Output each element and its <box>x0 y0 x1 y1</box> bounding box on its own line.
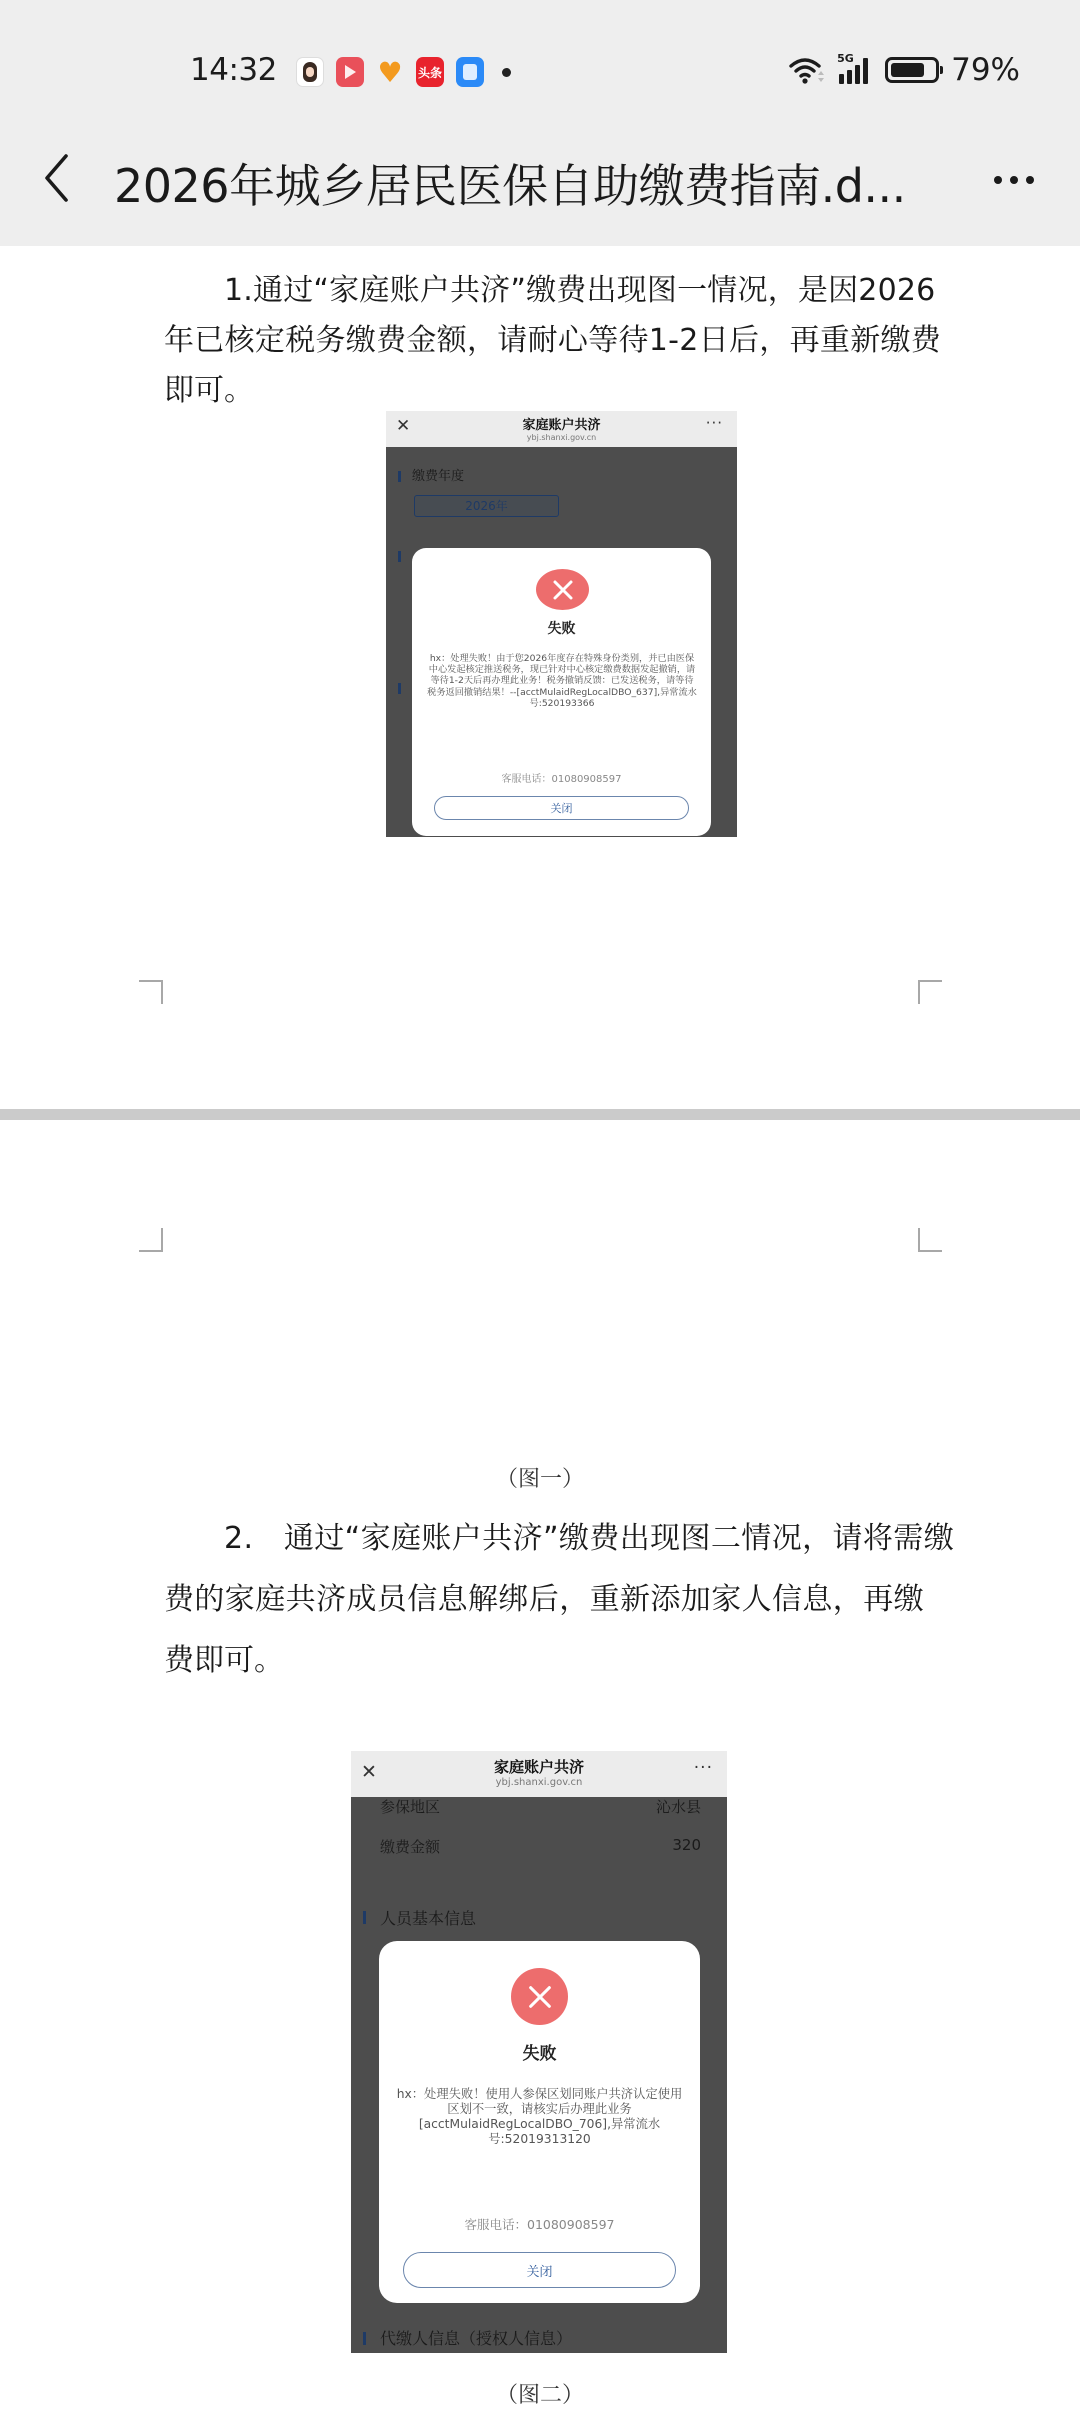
error-dialog: 失败 hx：处理失败！使用人参保区划同账户共济认定使用区划不一致，请核实后办理此… <box>379 1941 700 2303</box>
customer-service-phone: 客服电话：01080908597 <box>412 770 711 785</box>
figure-2-webview-header: ✕ 家庭账户共济 ybj.shanxi.gov.cn ··· <box>351 1751 727 1797</box>
page-corner-mark <box>139 1228 163 1252</box>
x-icon <box>551 578 575 602</box>
toutiao-app-icon: 头条 <box>416 57 444 87</box>
paragraph-line: 费即可。 <box>164 1630 916 1691</box>
webview-title: 家庭账户共济 <box>386 411 737 433</box>
section-marker <box>398 471 401 482</box>
year-chip: 2026年 <box>414 495 559 517</box>
more-icon: ··· <box>706 414 723 432</box>
cellular-signal-icon: 5G <box>837 56 873 84</box>
section-label-person-info: 人员基本信息 <box>380 1906 476 1929</box>
paragraph-line: 年已核定税务缴费金额，请耐心等待1-2日后，再重新缴费 <box>164 316 916 366</box>
error-icon <box>536 569 589 610</box>
paragraph-line: 即可。 <box>164 366 916 416</box>
page-corner-mark <box>139 980 163 1004</box>
heart-app-icon: ♥ <box>376 57 404 87</box>
dialog-title: 失败 <box>379 2039 700 2064</box>
figure-1-screenshot: ✕ 家庭账户共济 ybj.shanxi.gov.cn ··· 缴费年度 2026… <box>386 411 737 837</box>
section-marker <box>363 1911 366 1924</box>
battery-percent: 79% <box>951 52 1020 88</box>
status-indicators: 5G 79% <box>789 52 1020 88</box>
more-dot-icon <box>1010 176 1018 184</box>
dialog-message: hx：处理失败！由于您2026年度存在特殊身份类别，并已由医保中心发起核定推送税… <box>426 653 698 709</box>
webview-title: 家庭账户共济 <box>351 1751 727 1777</box>
figure-2-screenshot: ✕ 家庭账户共济 ybj.shanxi.gov.cn ··· 参保地区 沁水县 … <box>351 1751 727 2353</box>
figure-2-caption: （图二） <box>0 2378 1080 2409</box>
webview-domain: ybj.shanxi.gov.cn <box>386 433 737 442</box>
section-label-payment-year: 缴费年度 <box>412 465 464 484</box>
battery-icon <box>885 57 939 83</box>
webview-domain: ybj.shanxi.gov.cn <box>351 1777 727 1788</box>
section-label-agent-info: 代缴人信息（授权人信息） <box>380 2326 572 2349</box>
back-button[interactable] <box>34 148 78 208</box>
more-options-button[interactable] <box>984 160 1044 200</box>
error-icon <box>511 1968 568 2025</box>
close-button[interactable]: 关闭 <box>434 796 689 820</box>
chevron-left-icon <box>41 153 71 203</box>
paragraph-2: 2. 通过“家庭账户共济”缴费出现图二情况，请将需缴 费的家庭共济成员信息解绑后… <box>164 1508 916 1691</box>
paragraph-line: 费的家庭共济成员信息解绑后，重新添加家人信息，再缴 <box>164 1569 916 1630</box>
info-row-value: 320 <box>672 1836 701 1854</box>
section-marker <box>398 551 401 562</box>
error-dialog: 失败 hx：处理失败！由于您2026年度存在特殊身份类别，并已由医保中心发起核定… <box>412 548 711 836</box>
document-title: 2026年城乡居民医保自助缴费指南.d... <box>114 150 906 216</box>
x-icon <box>526 1983 554 2011</box>
page-corner-mark <box>918 980 942 1004</box>
paragraph-1: 1.通过“家庭账户共济”缴费出现图一情况，是因2026 年已核定税务缴费金额，请… <box>164 266 916 416</box>
close-icon: ✕ <box>396 416 410 436</box>
more-icon: ··· <box>694 1758 713 1778</box>
avatar-app-icon <box>296 57 324 87</box>
close-icon: ✕ <box>361 1761 377 1783</box>
more-dot-icon <box>1026 176 1034 184</box>
info-row-value: 沁水县 <box>656 1796 701 1817</box>
status-time: 14:32 <box>190 52 277 88</box>
page-corner-mark <box>918 1228 942 1252</box>
figure-1-webview-header: ✕ 家庭账户共济 ybj.shanxi.gov.cn ··· <box>386 411 737 447</box>
page-separator <box>0 1109 1080 1120</box>
more-notifications-dot-icon <box>502 68 511 77</box>
close-button[interactable]: 关闭 <box>403 2252 676 2288</box>
more-dot-icon <box>994 176 1002 184</box>
wifi-icon <box>789 55 825 85</box>
paragraph-line: 1.通过“家庭账户共济”缴费出现图一情况，是因2026 <box>164 266 916 316</box>
figure-1-caption: （图一） <box>0 1462 1080 1493</box>
notification-icons: ♥ 头条 <box>296 57 511 87</box>
files-app-icon <box>456 57 484 87</box>
video-app-icon <box>336 57 364 87</box>
section-marker <box>363 2332 366 2345</box>
section-marker <box>398 683 401 694</box>
customer-service-phone: 客服电话：01080908597 <box>379 2215 700 2233</box>
dialog-message: hx：处理失败！使用人参保区划同账户共济认定使用区划不一致，请核实后办理此业务[… <box>396 2087 683 2147</box>
dialog-title: 失败 <box>412 618 711 638</box>
info-row-label: 缴费金额 <box>380 1836 440 1857</box>
info-row-label: 参保地区 <box>380 1796 440 1817</box>
paragraph-line: 2. 通过“家庭账户共济”缴费出现图二情况，请将需缴 <box>164 1508 916 1569</box>
top-chrome: 14:32 ♥ 头条 5G 79% 2026年城乡居民医保自助缴费指南. <box>0 0 1080 246</box>
